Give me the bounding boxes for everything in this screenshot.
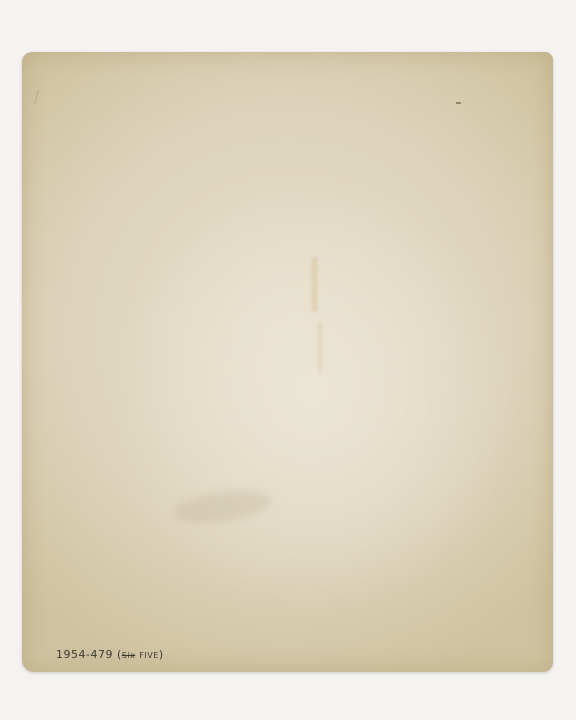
- photo-mount-card-back: 1954-479 (Six FIVE): [22, 52, 553, 672]
- smudge: [170, 485, 273, 529]
- small-mark: [456, 102, 461, 104]
- edge-discoloration: [22, 52, 553, 672]
- accession-number: 1954-479: [56, 648, 113, 661]
- paren-close: ): [159, 648, 164, 661]
- handwritten-note: FIVE: [139, 651, 159, 660]
- struck-out-text: Six: [122, 651, 136, 660]
- stain: [312, 257, 317, 312]
- stain: [318, 322, 322, 372]
- pencil-mark: [34, 90, 53, 104]
- handwritten-accession-number: 1954-479 (Six FIVE): [56, 648, 164, 661]
